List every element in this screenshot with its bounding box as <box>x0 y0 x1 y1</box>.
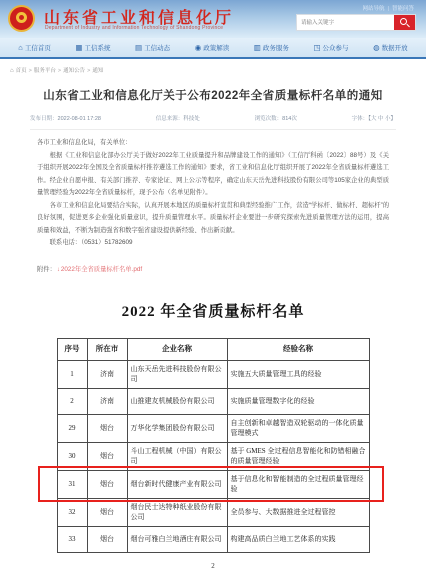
nav-item-工信动态[interactable]: ▤工信动态 <box>135 43 170 52</box>
data-icon: ◍ <box>373 44 380 52</box>
table-row: 33烟台烟台可雅白兰地酒庄有限公司构建高品质白兰地工艺体系的实践 <box>57 526 369 552</box>
table-row: 30烟台斗山工程机械（中国）有限公司基于 GMES 全过程信息智能化和防错相融合… <box>57 442 369 470</box>
table-cell: 烟台 <box>87 442 127 470</box>
search-box <box>296 14 416 31</box>
meta-publish-date: 发布日期：2022-08-01 17:28 <box>30 114 101 122</box>
meta-font-size-switch[interactable]: 字体：【大 中 小】 <box>352 114 396 122</box>
nav-item-政务服务[interactable]: ▥政务服务 <box>254 43 289 52</box>
body-paragraph: 根据《工业和信息化部办公厅关于做好2022年工业质量提升和品牌建设工作的通知》（… <box>37 150 389 200</box>
nav-item-政策解读[interactable]: ◉政策解读 <box>195 43 230 52</box>
search-icon <box>400 18 407 25</box>
nav-label: 工信系统 <box>84 43 110 52</box>
top-link-smart-qa[interactable]: 智能问答 <box>392 6 414 12</box>
table-cell: 基于信息化和智能制造的全过程质量管理经验 <box>227 470 369 498</box>
building-icon: ▦ <box>75 44 82 52</box>
top-links-divider: | <box>388 6 389 12</box>
table-cell: 山推建友机械股份有限公司 <box>127 388 227 414</box>
site-subtitle: Department of Industry and Information T… <box>45 25 223 31</box>
search-button[interactable] <box>394 15 415 30</box>
home-icon: ⌂ <box>10 68 14 74</box>
table-row: 29烟台万华化学集团股份有限公司自主创新和卓越智造双轮驱动的一体化质量管理模式 <box>57 414 369 442</box>
site-header: 山东省工业和信息化厅 Department of Industry and In… <box>0 0 426 38</box>
body-paragraph: 各市工业和信息化局要结合实际，认真开展本地区的质量标杆宣贯和典型经验推广工作，营… <box>37 200 389 238</box>
breadcrumb-separator: > <box>29 68 32 74</box>
national-emblem-logo <box>8 5 35 32</box>
table-row: 2济南山推建友机械股份有限公司实施质量管理数字化的经验 <box>57 388 369 414</box>
table-cell: 基于 GMES 全过程信息智能化和防错相融合的质量管理经验 <box>227 442 369 470</box>
article-meta: 发布日期：2022-08-01 17:28 信息来源：科技处 浏览次数：814次… <box>30 114 396 130</box>
nav-label: 公众参与 <box>323 43 349 52</box>
table-header-cell: 序号 <box>57 338 87 360</box>
nav-item-数据开放[interactable]: ◍数据开放 <box>373 43 408 52</box>
table-cell: 烟台 <box>87 498 127 526</box>
nav-item-工信首页[interactable]: ⌂工信首页 <box>18 43 51 52</box>
quality-benchmark-table: 序号所在市企业名称经验名称1济南山东天岳先进科技股份有限公司实施五大质量管理工具… <box>57 338 370 553</box>
table-cell: 构建高品质白兰地工艺体系的实践 <box>227 526 369 552</box>
breadcrumb-separator: > <box>87 68 90 74</box>
table-cell: 烟台可雅白兰地酒庄有限公司 <box>127 526 227 552</box>
page: 山东省工业和信息化厅 Department of Industry and In… <box>0 0 426 569</box>
top-link-site-nav[interactable]: 网站导航 <box>363 6 385 12</box>
search-input[interactable] <box>297 15 394 30</box>
table-header-cell: 企业名称 <box>127 338 227 360</box>
list-heading: 2022 年全省质量标杆名单 <box>0 300 426 321</box>
table-cell: 2 <box>57 388 87 414</box>
nav-item-工信系统[interactable]: ▦工信系统 <box>75 43 110 52</box>
participate-icon: ◳ <box>313 44 320 52</box>
table-cell: 1 <box>57 360 87 388</box>
table-row: 1济南山东天岳先进科技股份有限公司实施五大质量管理工具的经验 <box>57 360 369 388</box>
nav-label: 政务服务 <box>263 43 289 52</box>
table-cell: 烟台民士达特种纸业股份有限公司 <box>127 498 227 526</box>
policy-icon: ◉ <box>195 44 202 52</box>
table-cell: 自主创新和卓越智造双轮驱动的一体化质量管理模式 <box>227 414 369 442</box>
breadcrumb: ⌂首页>服务平台>通知公告>通知 <box>10 66 426 74</box>
table-cell: 实施质量管理数字化的经验 <box>227 388 369 414</box>
table-cell: 万华化学集团股份有限公司 <box>127 414 227 442</box>
breadcrumb-item[interactable]: 服务平台 <box>34 68 56 74</box>
article-area: 山东省工业和信息化厅关于公布2022年全省质量标杆名单的通知 发布日期：2022… <box>0 87 426 569</box>
nav-label: 政策解读 <box>203 43 229 52</box>
table-row: 31烟台烟台新时代健康产业有限公司基于信息化和智能制造的全过程质量管理经验 <box>57 470 369 498</box>
pdf-page-number: 2 <box>0 562 426 569</box>
nav-label: 工信首页 <box>25 43 51 52</box>
table-cell: 济南 <box>87 360 127 388</box>
table-cell: 烟台新时代健康产业有限公司 <box>127 470 227 498</box>
table-cell: 烟台 <box>87 414 127 442</box>
news-icon: ▤ <box>135 44 142 52</box>
meta-views: 浏览次数：814次 <box>255 114 297 122</box>
breadcrumb-item: 通知 <box>92 68 103 74</box>
table-cell: 烟台 <box>87 526 127 552</box>
table-cell: 斗山工程机械（中国）有限公司 <box>127 442 227 470</box>
article-body: 各市工业和信息化局，有关单位： 根据《工业和信息化部办公厅关于做好2022年工业… <box>37 137 389 250</box>
home-icon: ⌂ <box>18 44 23 52</box>
table-cell: 32 <box>57 498 87 526</box>
attachment-line: 附件：↓2022年全省质量标杆名单.pdf <box>37 264 389 273</box>
table-cell: 济南 <box>87 388 127 414</box>
table-cell: 29 <box>57 414 87 442</box>
service-icon: ▥ <box>254 44 261 52</box>
breadcrumb-item[interactable]: 首页 <box>16 68 27 74</box>
article-title: 山东省工业和信息化厅关于公布2022年全省质量标杆名单的通知 <box>24 87 402 103</box>
table-cell: 全员参与、大数据推进全过程管控 <box>227 498 369 526</box>
table-header-cell: 所在市 <box>87 338 127 360</box>
contact-phone-line: 联系电话：（0531）51782609 <box>37 237 389 250</box>
table-cell: 烟台 <box>87 470 127 498</box>
main-nav: ⌂工信首页▦工信系统▤工信动态◉政策解读▥政务服务◳公众参与◍数据开放 <box>0 38 426 59</box>
salutation-line: 各市工业和信息化局，有关单位： <box>37 137 389 150</box>
table-cell: 实施五大质量管理工具的经验 <box>227 360 369 388</box>
table-row: 32烟台烟台民士达特种纸业股份有限公司全员参与、大数据推进全过程管控 <box>57 498 369 526</box>
nav-label: 数据开放 <box>382 43 408 52</box>
meta-source: 信息来源：科技处 <box>156 114 200 122</box>
attachment-label: 附件： <box>37 266 56 273</box>
table-cell: 山东天岳先进科技股份有限公司 <box>127 360 227 388</box>
table-header-cell: 经验名称 <box>227 338 369 360</box>
attachment-pdf-link[interactable]: 2022年全省质量标杆名单.pdf <box>61 266 142 273</box>
download-icon: ↓ <box>57 267 60 273</box>
nav-label: 工信动态 <box>144 43 170 52</box>
header-top-links: 网站导航|智能问答 <box>363 4 414 12</box>
nav-item-公众参与[interactable]: ◳公众参与 <box>313 43 348 52</box>
breadcrumb-item[interactable]: 通知公告 <box>63 68 85 74</box>
table-cell: 33 <box>57 526 87 552</box>
table-cell: 30 <box>57 442 87 470</box>
breadcrumb-separator: > <box>58 68 61 74</box>
table-cell: 31 <box>57 470 87 498</box>
